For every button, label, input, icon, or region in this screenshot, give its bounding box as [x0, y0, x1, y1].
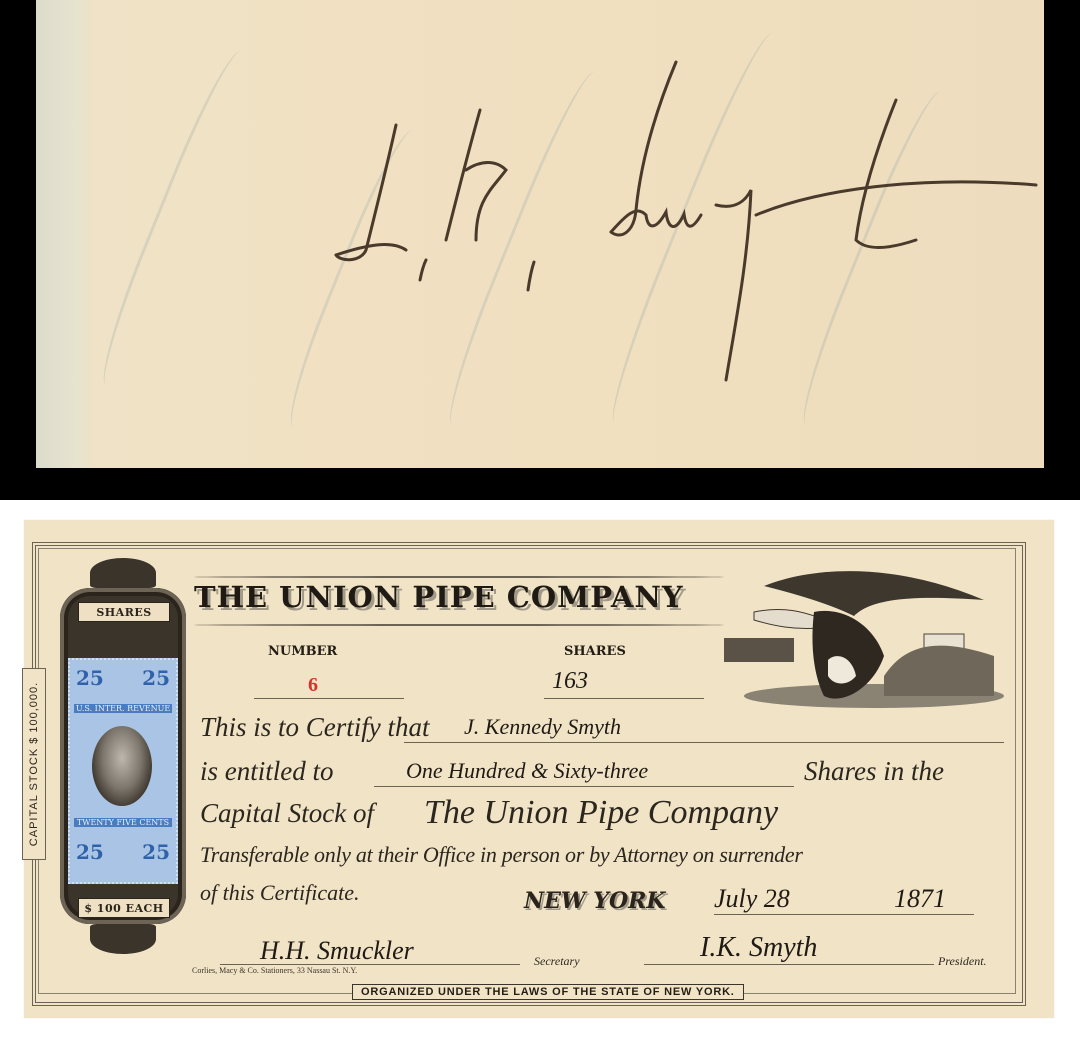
shares-label: SHARES	[564, 644, 626, 659]
vignette-par-value-label: $ 100 EACH	[78, 898, 170, 918]
shares-vignette: SHARES 25 25 U.S. INTER. REVENUE TWENTY …	[50, 558, 196, 954]
shares-written: One Hundred & Sixty-three	[406, 758, 648, 784]
holder-rule	[404, 742, 1004, 743]
certify-text: This is to Certify that	[200, 712, 430, 743]
stamp-bottom-text: TWENTY FIVE CENTS	[74, 818, 172, 827]
revenue-stamp: 25 25 U.S. INTER. REVENUE TWENTY FIVE CE…	[68, 658, 178, 884]
shares-written-rule	[374, 786, 794, 787]
company-name-script: The Union Pipe Company	[424, 794, 778, 832]
president-label: President.	[938, 954, 987, 969]
zoomed-signature-panel	[36, 0, 1044, 468]
portrait-icon	[92, 726, 152, 806]
stamp-denomination: 25	[142, 666, 170, 690]
company-title: THE UNION PIPE COMPANY	[194, 580, 684, 614]
organized-under-label: ORGANIZED UNDER THE LAWS OF THE STATE OF…	[352, 984, 744, 1000]
stamp-denomination: 25	[142, 840, 170, 864]
ornament-top-icon	[90, 558, 156, 588]
shares-rule	[544, 698, 704, 699]
place-label: NEW YORK	[524, 888, 666, 914]
title-scroll-top	[194, 576, 724, 578]
secretary-signature: H.H. Smuckler	[260, 936, 414, 966]
secretary-label: Secretary	[534, 954, 580, 969]
ornament-bottom-icon	[90, 924, 156, 954]
holder-name: J. Kennedy Smyth	[464, 714, 621, 740]
stamp-denomination: 25	[76, 666, 104, 690]
printer-imprint: Corlies, Macy & Co. Stationers, 33 Nassa…	[192, 966, 357, 975]
signature-enlarged-ink	[36, 0, 1044, 468]
issue-date: July 28	[714, 884, 790, 914]
president-rule	[644, 964, 934, 965]
stock-certificate: CAPITAL STOCK $ 100,000. SHARES 25 25 U.…	[24, 520, 1054, 1018]
number-rule	[254, 698, 404, 699]
shares-count: 163	[552, 668, 588, 695]
capital-stock-text: Capital Stock of	[200, 798, 374, 829]
president-signature: I.K. Smyth	[700, 932, 817, 964]
date-rule	[714, 914, 974, 915]
entitled-text: is entitled to	[200, 756, 333, 787]
title-scroll-bottom	[194, 624, 724, 626]
eagle-vignette-icon	[724, 556, 1004, 716]
stamp-denomination: 25	[76, 840, 104, 864]
transferable-text: Transferable only at their Office in per…	[200, 842, 803, 868]
shares-in-text: Shares in the	[804, 756, 944, 787]
secretary-rule	[220, 964, 520, 965]
zoomed-signature-frame	[0, 0, 1080, 500]
certificate-number: 6	[308, 674, 318, 697]
certificate-surrender-text: of this Certificate.	[200, 880, 360, 906]
stamp-top-text: U.S. INTER. REVENUE	[74, 704, 172, 713]
vignette-shares-label: SHARES	[78, 602, 170, 622]
number-label: NUMBER	[268, 644, 337, 659]
issue-year: 1871	[894, 884, 946, 914]
capital-stock-label: CAPITAL STOCK $ 100,000.	[22, 668, 46, 860]
